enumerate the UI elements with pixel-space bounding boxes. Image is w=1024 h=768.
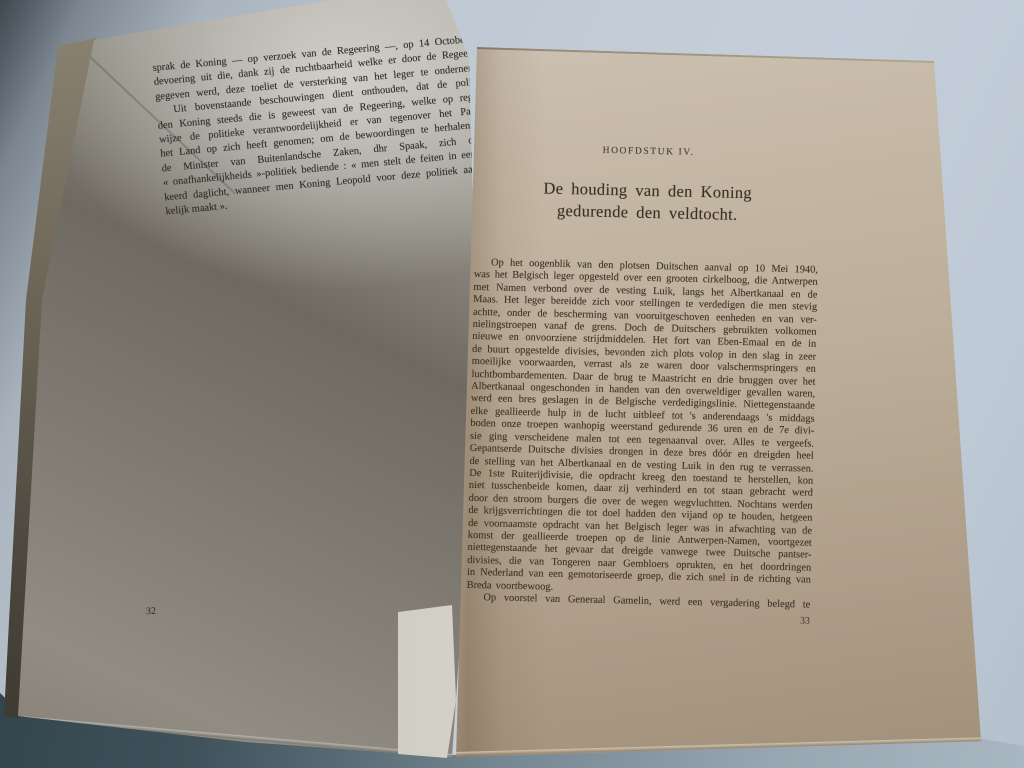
right-page-text: HOOFDSTUK IV. De houding van den Koning … xyxy=(463,0,824,768)
body-paragraphs: Op het oogenblik van den plotsen Duitsch… xyxy=(466,257,818,612)
left-page-number: 32 xyxy=(146,606,157,618)
chapter-heading: HOOFDSTUK IV. xyxy=(477,143,821,161)
chapter-title: De houding van den Koning gedurende den … xyxy=(475,176,820,227)
left-page-text: sprak de Koning — op verzoek van de Rege… xyxy=(152,32,497,220)
book-photo-scene: sprak de Koning — op verzoek van de Rege… xyxy=(0,0,1024,768)
